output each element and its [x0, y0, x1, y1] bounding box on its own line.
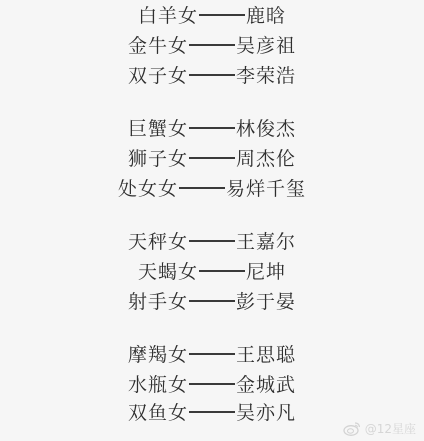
- zodiac-sign-label: 狮子女: [128, 147, 188, 171]
- zodiac-sign-label: 摩羯女: [128, 343, 188, 367]
- em-dash-divider: [189, 353, 235, 355]
- zodiac-sign-label: 射手女: [128, 290, 188, 314]
- celebrity-name: 鹿晗: [246, 4, 286, 28]
- zodiac-sign-label: 处女女: [118, 177, 178, 201]
- celebrity-name: 林俊杰: [236, 117, 296, 141]
- em-dash-divider: [199, 270, 245, 272]
- celebrity-name: 周杰伦: [236, 147, 296, 171]
- em-dash-divider: [179, 187, 225, 189]
- pair-row: 巨蟹女林俊杰: [0, 116, 424, 140]
- em-dash-divider: [189, 411, 235, 413]
- zodiac-sign-label: 巨蟹女: [128, 117, 188, 141]
- em-dash-divider: [189, 383, 235, 385]
- weibo-logo-icon: [343, 421, 361, 436]
- em-dash-divider: [189, 127, 235, 129]
- celebrity-name: 尼坤: [246, 260, 286, 284]
- em-dash-divider: [189, 44, 235, 46]
- em-dash-divider: [189, 240, 235, 242]
- zodiac-sign-label: 金牛女: [128, 34, 188, 58]
- pair-row: 天秤女王嘉尔: [0, 229, 424, 253]
- pair-row: 射手女彭于晏: [0, 289, 424, 313]
- celebrity-name: 金城武: [236, 373, 296, 397]
- pair-row: 双子女李荣浩: [0, 63, 424, 87]
- celebrity-name: 李荣浩: [236, 64, 296, 88]
- pair-row: 天蝎女尼坤: [0, 259, 424, 283]
- em-dash-divider: [189, 157, 235, 159]
- watermark: @12星座: [343, 419, 416, 437]
- pair-row: 白羊女鹿晗: [0, 3, 424, 27]
- celebrity-name: 王思聪: [236, 343, 296, 367]
- pair-row: 金牛女吴彦祖: [0, 33, 424, 57]
- zodiac-sign-label: 双子女: [128, 64, 188, 88]
- zodiac-sign-label: 天秤女: [128, 230, 188, 254]
- celebrity-name: 易烊千玺: [226, 177, 306, 201]
- em-dash-divider: [189, 300, 235, 302]
- pair-row: 水瓶女金城武: [0, 372, 424, 396]
- celebrity-name: 吴彦祖: [236, 34, 296, 58]
- celebrity-name: 王嘉尔: [236, 230, 296, 254]
- em-dash-divider: [189, 74, 235, 76]
- pair-row: 摩羯女王思聪: [0, 342, 424, 366]
- celebrity-name: 吴亦凡: [236, 401, 296, 425]
- zodiac-sign-label: 白羊女: [138, 4, 198, 28]
- pair-row: 狮子女周杰伦: [0, 146, 424, 170]
- zodiac-sign-label: 天蝎女: [138, 260, 198, 284]
- pair-row: 处女女易烊千玺: [0, 176, 424, 200]
- em-dash-divider: [199, 14, 245, 16]
- zodiac-sign-label: 双鱼女: [128, 401, 188, 425]
- zodiac-sign-label: 水瓶女: [128, 373, 188, 397]
- celebrity-name: 彭于晏: [236, 290, 296, 314]
- watermark-text: @12星座: [365, 420, 416, 437]
